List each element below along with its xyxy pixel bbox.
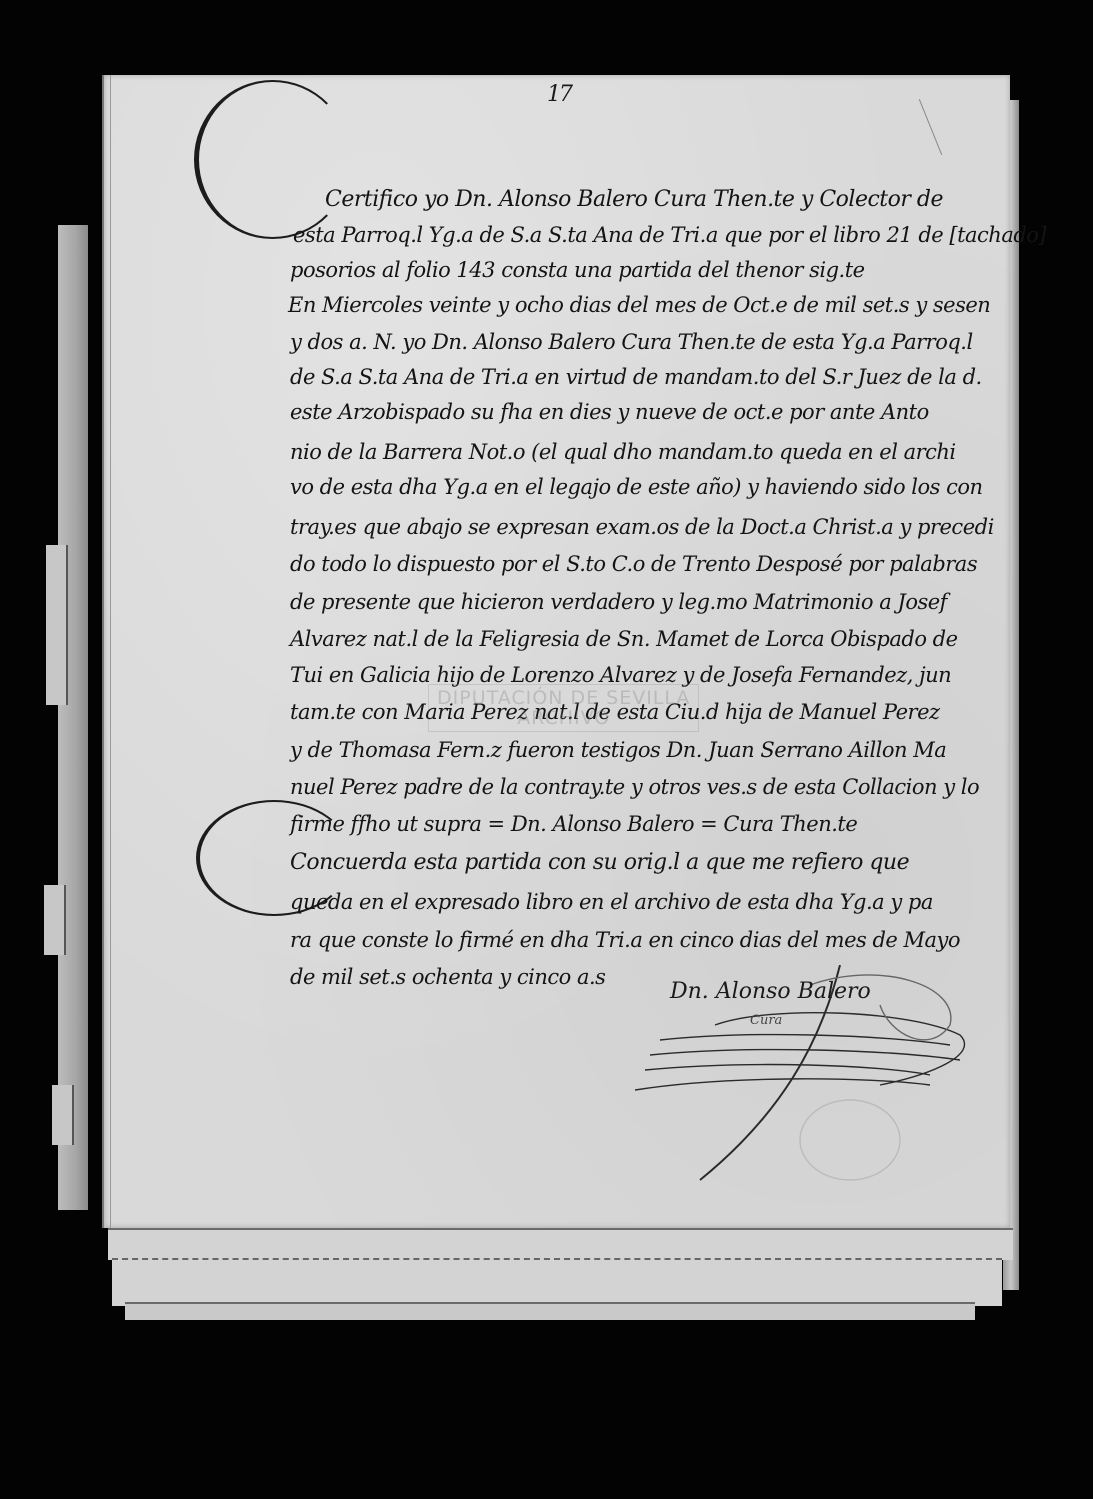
manuscript-line: tray.es que abajo se expresan exam.os de… xyxy=(290,515,994,539)
manuscript-line: posorios al folio 143 consta una partida… xyxy=(290,258,865,282)
manuscript-line: este Arzobispado su fha en dies y nueve … xyxy=(290,400,929,424)
manuscript-line: y de Thomasa Fern.z fueron testigos Dn. … xyxy=(290,738,946,762)
manuscript-line: de presente que hicieron verdadero y leg… xyxy=(290,590,947,614)
manuscript-line: firme ffho ut supra = Dn. Alonso Balero … xyxy=(290,812,857,836)
manuscript-line: Certifico yo Dn. Alonso Balero Cura Then… xyxy=(325,187,943,212)
watermark-line-2: ARCHIVO xyxy=(437,708,690,728)
manuscript-line: de S.a S.ta Ana de Tri.a en virtud de ma… xyxy=(290,365,982,389)
manuscript-line: vo de esta dha Yg.a en el legajo de este… xyxy=(290,475,983,499)
signature-title: Cura xyxy=(750,1013,782,1028)
manuscript-line: ra que conste lo firmé en dha Tri.a en c… xyxy=(290,928,960,952)
manuscript-line: nio de la Barrera Not.o (el qual dho man… xyxy=(290,440,956,464)
manuscript-line: y dos a. N. yo Dn. Alonso Balero Cura Th… xyxy=(290,330,973,354)
manuscript-line: de mil set.s ochenta y cinco a.s xyxy=(290,965,605,989)
archive-watermark: DIPUTACIÓN DE SEVILLA ARCHIVO xyxy=(428,684,699,732)
watermark-line-1: DIPUTACIÓN DE SEVILLA xyxy=(437,688,690,708)
manuscript-line: Concuerda esta partida con su orig.l a q… xyxy=(290,850,909,875)
manuscript-line: esta Parroq.l Yg.a de S.a S.ta Ana de Tr… xyxy=(293,223,1046,247)
manuscript-line: nuel Perez padre de la contray.te y otro… xyxy=(290,775,979,799)
signature-name: Dn. Alonso Balero xyxy=(670,979,871,1004)
manuscript-line: do todo lo dispuesto por el S.to C.o de … xyxy=(290,552,977,576)
manuscript-line: Alvarez nat.l de la Feligresia de Sn. Ma… xyxy=(290,627,958,651)
manuscript-text: Certifico yo Dn. Alonso Balero Cura Then… xyxy=(0,0,1093,1499)
manuscript-line: En Miercoles veinte y ocho dias del mes … xyxy=(288,293,990,317)
manuscript-line: queda en el expresado libro en el archiv… xyxy=(290,890,933,914)
signature-block: Dn. Alonso Balero Cura xyxy=(630,965,980,1215)
